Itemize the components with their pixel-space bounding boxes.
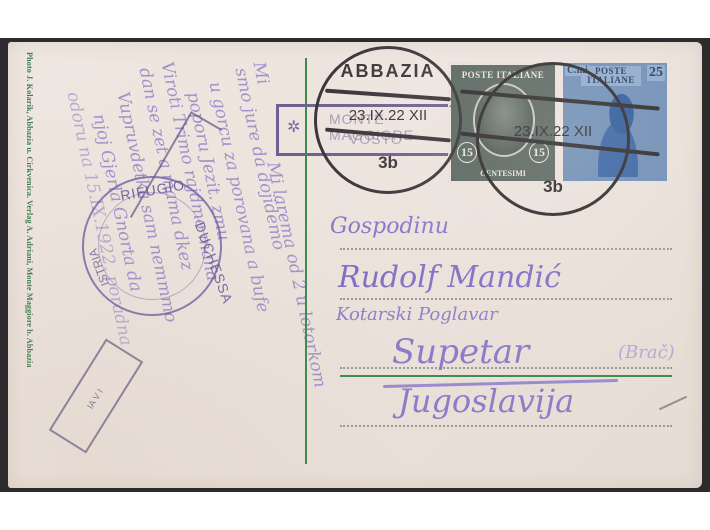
star-icon: ✲ [287,117,300,137]
small-box-cachet-text: IA V I [85,387,105,411]
postmark-date: 23.IX.22 XII [317,107,459,124]
address-line [340,298,672,300]
postmark-bar [325,128,451,143]
abbazia-postmark: ABBAZIA 23.IX.22 XII 3b [314,46,462,194]
address-town-note: (Brač) [618,342,675,363]
address-underline [340,375,672,377]
address-salutation: Gospodinu [330,214,449,239]
message-line: smo jure da dojidemo [230,66,288,252]
card-crease [659,396,687,410]
address-line [340,425,672,427]
rifugio-cachet-inner-ring [98,192,206,300]
postmark-code: 3b [479,177,627,197]
postmark-town: ABBAZIA [317,61,459,82]
address-town: Supetar [392,332,529,372]
message-line: Mi larema od 2 u lotorkom [262,160,329,389]
address-country: Jugoslavija [398,382,574,420]
address-name: Rudolf Mandić [338,260,561,295]
stamp-value: 25 [647,65,665,81]
rifugio-cachet: RIFUGIO DUCHESSA ISTRIA [82,176,222,316]
address-line [340,248,672,250]
publisher-imprint: Photo J. Kolarik, Abbazia u. Cirkvenica.… [18,52,34,482]
message-line: Mi [248,60,272,87]
small-box-cachet: IA V I [49,339,144,454]
stamp-value: 15 [457,142,477,163]
postmark-code: 3b [317,153,459,173]
postcard: Photo J. Kolarik, Abbazia u. Cirkvenica.… [8,42,702,488]
postmark-bar [325,89,451,102]
address-title: Kotarski Poglavar [336,304,498,325]
